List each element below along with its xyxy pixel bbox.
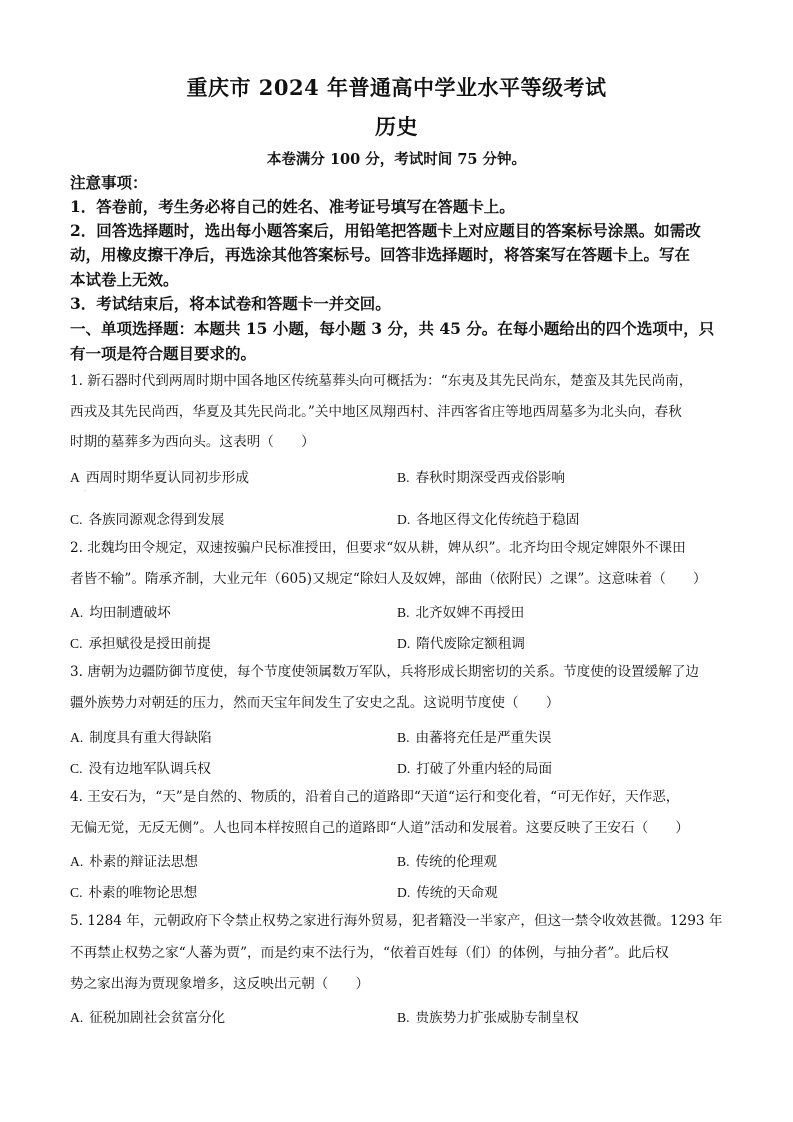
stray-mark: ·	[84, 488, 86, 495]
option-text: 贵族势力扩张威胁专制皇权	[415, 1010, 578, 1026]
option-text: 北齐奴婢不再授田	[415, 605, 524, 621]
option-d: D.各地区得文化传统趋于稳固	[397, 508, 579, 528]
option-text: 制度具有重大得缺陷	[89, 730, 211, 746]
option-letter: A	[70, 470, 80, 485]
option-letter: C.	[70, 636, 82, 651]
option-text: 打破了外重内轻的局面	[416, 761, 552, 777]
option-text: 承担赋役是授田前提	[88, 636, 210, 652]
question-stem-line: 者皆不输”。隋承齐制，大业元年（605)又规定“除妇人及奴婢，部曲（依附民）之课…	[70, 564, 730, 595]
notice-line: 动，用橡皮擦干净后，再选涂其他答案标号。回答非选择题时，将答案写在答题卡上。写在	[70, 243, 730, 268]
option-c: C.承担赋役是授田前提	[70, 632, 211, 652]
option-text: 没有边地军队调兵权	[88, 761, 210, 777]
option-letter: D.	[397, 512, 410, 527]
option-letter: D.	[397, 761, 410, 776]
option-letter: B.	[397, 854, 409, 869]
option-a: A.制度具有重大得缺陷	[70, 726, 212, 746]
option-text: 传统的伦理观	[415, 854, 497, 870]
option-letter: A.	[70, 854, 83, 869]
option-letter: B.	[397, 470, 409, 485]
option-letter: A.	[70, 730, 83, 745]
notice-line: 2．回答选择题时，选出每小题答案后，用铅笔把答题卡上对应题目的答案标号涂黑。如需…	[70, 219, 730, 244]
option-a: A.征税加剧社会贫富分化	[70, 1006, 225, 1026]
option-b: B.春秋时期深受西戎俗影响	[397, 466, 565, 486]
question-stem-line: 势之家出海为贾现象增多，这反映出元朝（ ）	[70, 969, 730, 1000]
option-text: 各地区得文化传统趋于稳固	[416, 512, 579, 528]
option-letter: C.	[70, 512, 82, 527]
option-d: D.打破了外重内轻的局面	[397, 757, 552, 777]
option-text: 朴素的辩证法思想	[89, 854, 198, 870]
option-letter: D.	[397, 636, 410, 651]
option-letter: C.	[70, 885, 82, 900]
section-heading: 有一项是符合题目要求的。	[70, 342, 730, 367]
question-stem-line: 无偏无觉，无反无侧”。人也同本样按照自己的道路即“人道”活动和发展着。这要反映了…	[70, 813, 730, 844]
option-d: D.传统的天命观	[397, 881, 498, 901]
option-c: C.没有边地军队调兵权	[70, 757, 211, 777]
option-d: D.隋代废除定额租调	[397, 632, 525, 652]
option-text: 各族同源观念得到发展	[88, 512, 224, 528]
option-letter: D.	[397, 885, 410, 900]
option-b: B.由蕃将充任是严重失误	[397, 726, 551, 746]
option-c: C.朴素的唯物论思想	[70, 881, 197, 901]
option-text: 春秋时期深受西戎俗影响	[415, 470, 565, 486]
question-stem-line: 1. 新石器时代到两周时期中国各地区传统墓葬头向可概括为：“东夷及其先民尚东，楚…	[70, 366, 730, 397]
option-b: B.贵族势力扩张威胁专制皇权	[397, 1006, 579, 1026]
option-a: A西周时期华夏认同初步形成	[70, 466, 249, 486]
question-stem-line: 不再禁止权势之家“人蕃为贾”，而是约束不法行为，“依着百姓每（们）的体例，与抽分…	[70, 938, 730, 969]
option-b: B.北齐奴婢不再授田	[397, 601, 524, 621]
option-letter: B.	[397, 1010, 409, 1025]
option-text: 西周时期华夏认同初步形成	[86, 470, 249, 486]
exam-title: 重庆市 2024 年普通高中学业水平等级考试	[0, 72, 793, 102]
option-letter: A.	[70, 1010, 83, 1025]
question-stem-line: 疆外族势力对朝廷的压力，然而天宝年间发生了安史之乱。这说明节度使（ ）	[70, 688, 730, 719]
option-text: 由蕃将充任是严重失误	[415, 730, 551, 746]
notice-line: 3．考试结束后，将本试卷和答题卡一并交回。	[70, 292, 730, 317]
option-b: B.传统的伦理观	[397, 850, 497, 870]
option-text: 传统的天命观	[416, 885, 498, 901]
question-stem-line: 2. 北魏均田令规定，双速按骗户民标准授田，但要求“奴从耕，婢从织”。北齐均田令…	[70, 533, 730, 564]
option-text: 朴素的唯物论思想	[88, 885, 197, 901]
option-text: 隋代废除定额租调	[416, 636, 525, 652]
question-stem-line: 西戎及其先民尚西，华夏及其先民尚北。”关中地区凤翔西村、沣西客省庄等地西周墓多为…	[70, 397, 730, 428]
subject-title: 历史	[0, 111, 793, 141]
option-a: A.朴素的辩证法思想	[70, 850, 198, 870]
option-c: C.各族同源观念得到发展	[70, 508, 224, 528]
exam-page: 重庆市 2024 年普通高中学业水平等级考试 历史 本卷满分 100 分，考试时…	[0, 0, 793, 1122]
option-letter: C.	[70, 761, 82, 776]
option-a: A.均田制遭破坏	[70, 601, 171, 621]
section-heading: 一、单项选择题：本题共 15 小题，每小题 3 分，共 45 分。在每小题给出的…	[70, 317, 730, 342]
notice-line: 1．答卷前，考生务必将自己的姓名、准考证号填写在答题卡上。	[70, 195, 730, 220]
notice-line: 本试卷上无效。	[70, 268, 730, 293]
question-stem-line: 4. 王安石为，“天”是自然的、物质的，沿着自己的道路即“天道“运行和变化着，“…	[70, 782, 730, 813]
option-letter: B.	[397, 605, 409, 620]
option-text: 均田制遭破坏	[89, 605, 171, 621]
question-stem-line: 时期的墓葬多为西向头。这表明（ ）	[70, 427, 730, 458]
option-letter: B.	[397, 730, 409, 745]
question-stem-line: 5. 1284 年，元朝政府下令禁止权势之家进行海外贸易，犯者籍没一半家产，但这…	[70, 906, 730, 937]
notice-heading: 注意事项：	[70, 171, 730, 196]
option-text: 征税加剧社会贫富分化	[89, 1010, 225, 1026]
question-stem-line: 3. 唐朝为边疆防御节度使，每个节度使领属数万军队，兵将形成长期密切的关系。节度…	[70, 657, 730, 688]
option-letter: A.	[70, 605, 83, 620]
score-info: 本卷满分 100 分，考试时间 75 分钟。	[0, 148, 793, 169]
